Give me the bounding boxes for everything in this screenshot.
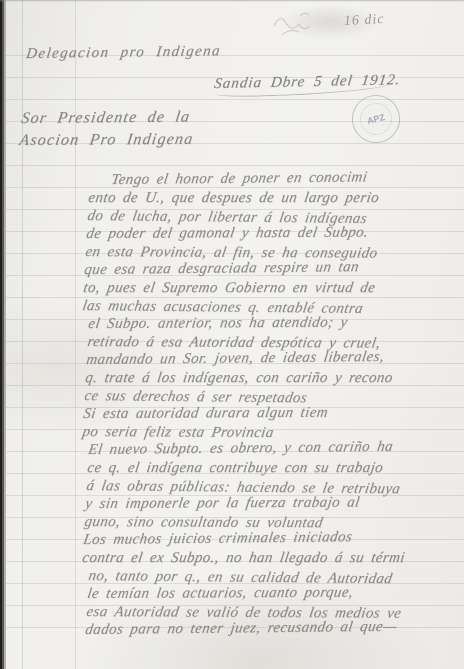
manuscript-line: q. trate á los indígenas, con cariño y r…	[84, 370, 394, 387]
vertical-margin-line	[22, 0, 23, 669]
archivist-date-note: 16 dic	[344, 12, 385, 30]
manuscript-line: mandando un Sor. joven, de ideas liberal…	[85, 349, 385, 369]
scan-top-edge	[0, 0, 464, 2]
manuscript-line: Si esta autoridad durara algun tiem	[82, 405, 329, 423]
manuscript-line: Tengo el honor de poner en conocimi	[110, 169, 369, 189]
scanned-letter-page: 16 dic · · · · · APZ · · · · · Delegacio…	[0, 0, 464, 669]
manuscript-line: contra el ex Subpo., no han llegado á su…	[81, 550, 406, 567]
vertical-crease-line	[75, 0, 76, 669]
manuscript-line: po seria feliz esta Provincia	[81, 424, 275, 442]
manuscript-line: de poder del gamonal y hasta del Subpo.	[85, 225, 369, 243]
letter-heading: Delegacion pro Indigena	[25, 43, 222, 63]
manuscript-line: ento de U., que despues de un largo peri…	[87, 190, 380, 207]
manuscript-line: que esa raza desgraciada respire un tan	[83, 259, 360, 279]
manuscript-line: le temían los actuarios, cuanto porque,	[86, 585, 354, 603]
manuscript-line: dados para no tener juez, recusando al q…	[84, 619, 398, 639]
manuscript-line: El nuevo Subpto. es obrero, y con cariño…	[87, 439, 394, 459]
salutation-line-2: Asocion Pro Indigena	[18, 131, 195, 150]
manuscript-line: to, pues el Supremo Gobierno en virtud d…	[82, 280, 377, 297]
scan-left-edge	[0, 0, 6, 669]
manuscript-line: y sin imponerle por la fuerza trabajo al	[84, 495, 361, 513]
manuscript-line: ce q. el indígena contribuye con su trab…	[86, 460, 384, 477]
manuscript-line: Los muchos juicios criminales iniciados	[82, 529, 353, 549]
pencil-scribble	[270, 6, 340, 42]
salutation-line-1: Sor Presidente de la	[20, 109, 192, 128]
manuscript-line: el Subpo. anterior, nos ha atendido; y	[87, 315, 349, 333]
archive-stamp-inner-ring: · · · · · APZ · · · · ·	[357, 100, 396, 139]
